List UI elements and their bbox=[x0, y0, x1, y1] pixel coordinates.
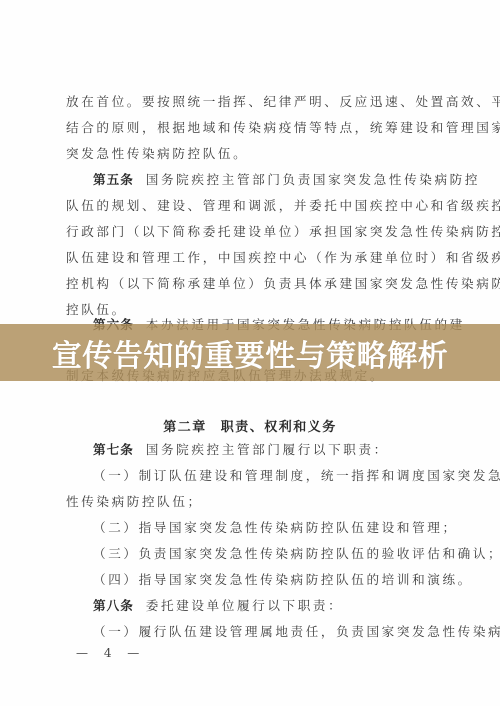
intro-line-1: 放在首位。要按照统一指挥、纪律严明、反应迅速、处置高效、平战 bbox=[66, 94, 436, 110]
article-5-label: 第五条 bbox=[93, 172, 134, 187]
article-8-label: 第八条 bbox=[93, 598, 134, 613]
article-5-line-4: 队伍建设和管理工作，中国疾控中心（作为承建单位时）和省级疾 bbox=[66, 250, 436, 266]
title-banner: 宣传告知的重要性与策略解析 bbox=[0, 324, 500, 381]
article-7-item-1: （一）制订队伍建设和管理制度，统一指挥和调度国家突发急 bbox=[93, 468, 436, 484]
article-8-intro: 委托建设单位履行以下职责： bbox=[146, 598, 344, 613]
article-8-item-1: （一）履行队伍建设管理属地责任，负责国家突发急性传染病 bbox=[93, 624, 436, 640]
article-7-item-4: （四）指导国家突发急性传染病防控队伍的培训和演练。 bbox=[93, 572, 436, 588]
article-5-line-2: 队伍的规划、建设、管理和调派，并委托中国疾控中心和省级疾控 bbox=[66, 198, 436, 214]
article-7-item-1-cont: 性传染病防控队伍； bbox=[66, 494, 436, 510]
banner-title: 宣传告知的重要性与策略解析 bbox=[52, 331, 449, 375]
article-7-intro: 国务院疾控主管部门履行以下职责： bbox=[146, 442, 389, 457]
article-7-first-line: 第七条国务院疾控主管部门履行以下职责： bbox=[93, 442, 436, 458]
article-5-line-3: 行政部门（以下简称委托建设单位）承担国家突发急性传染病防控 bbox=[66, 224, 436, 240]
intro-line-3: 突发急性传染病防控队伍。 bbox=[66, 146, 436, 162]
chapter-heading: 第二章职责、权利和义务 bbox=[0, 416, 500, 435]
page-number: — 4 — bbox=[76, 646, 145, 660]
article-7-label: 第七条 bbox=[93, 442, 134, 457]
article-5-line-5: 控机构（以下简称承建单位）负责具体承建国家突发急性传染病防 bbox=[66, 276, 436, 292]
article-7-item-3: （三）负责国家突发急性传染病防控队伍的验收评估和确认； bbox=[93, 546, 436, 562]
article-5-text: 国务院疾控主管部门负责国家突发急性传染病防控 bbox=[146, 172, 480, 187]
article-5-first-line: 第五条国务院疾控主管部门负责国家突发急性传染病防控 bbox=[93, 172, 436, 188]
chapter-title: 职责、权利和义务 bbox=[221, 420, 337, 435]
article-5-line-6: 控队伍。 bbox=[66, 302, 436, 318]
article-7-item-2: （二）指导国家突发急性传染病防控队伍建设和管理； bbox=[93, 520, 436, 536]
chapter-number: 第二章 bbox=[163, 420, 207, 435]
article-8-first-line: 第八条委托建设单位履行以下职责： bbox=[93, 598, 436, 614]
intro-line-2: 结合的原则，根据地域和传染病疫情等特点，统筹建设和管理国家 bbox=[66, 120, 436, 136]
